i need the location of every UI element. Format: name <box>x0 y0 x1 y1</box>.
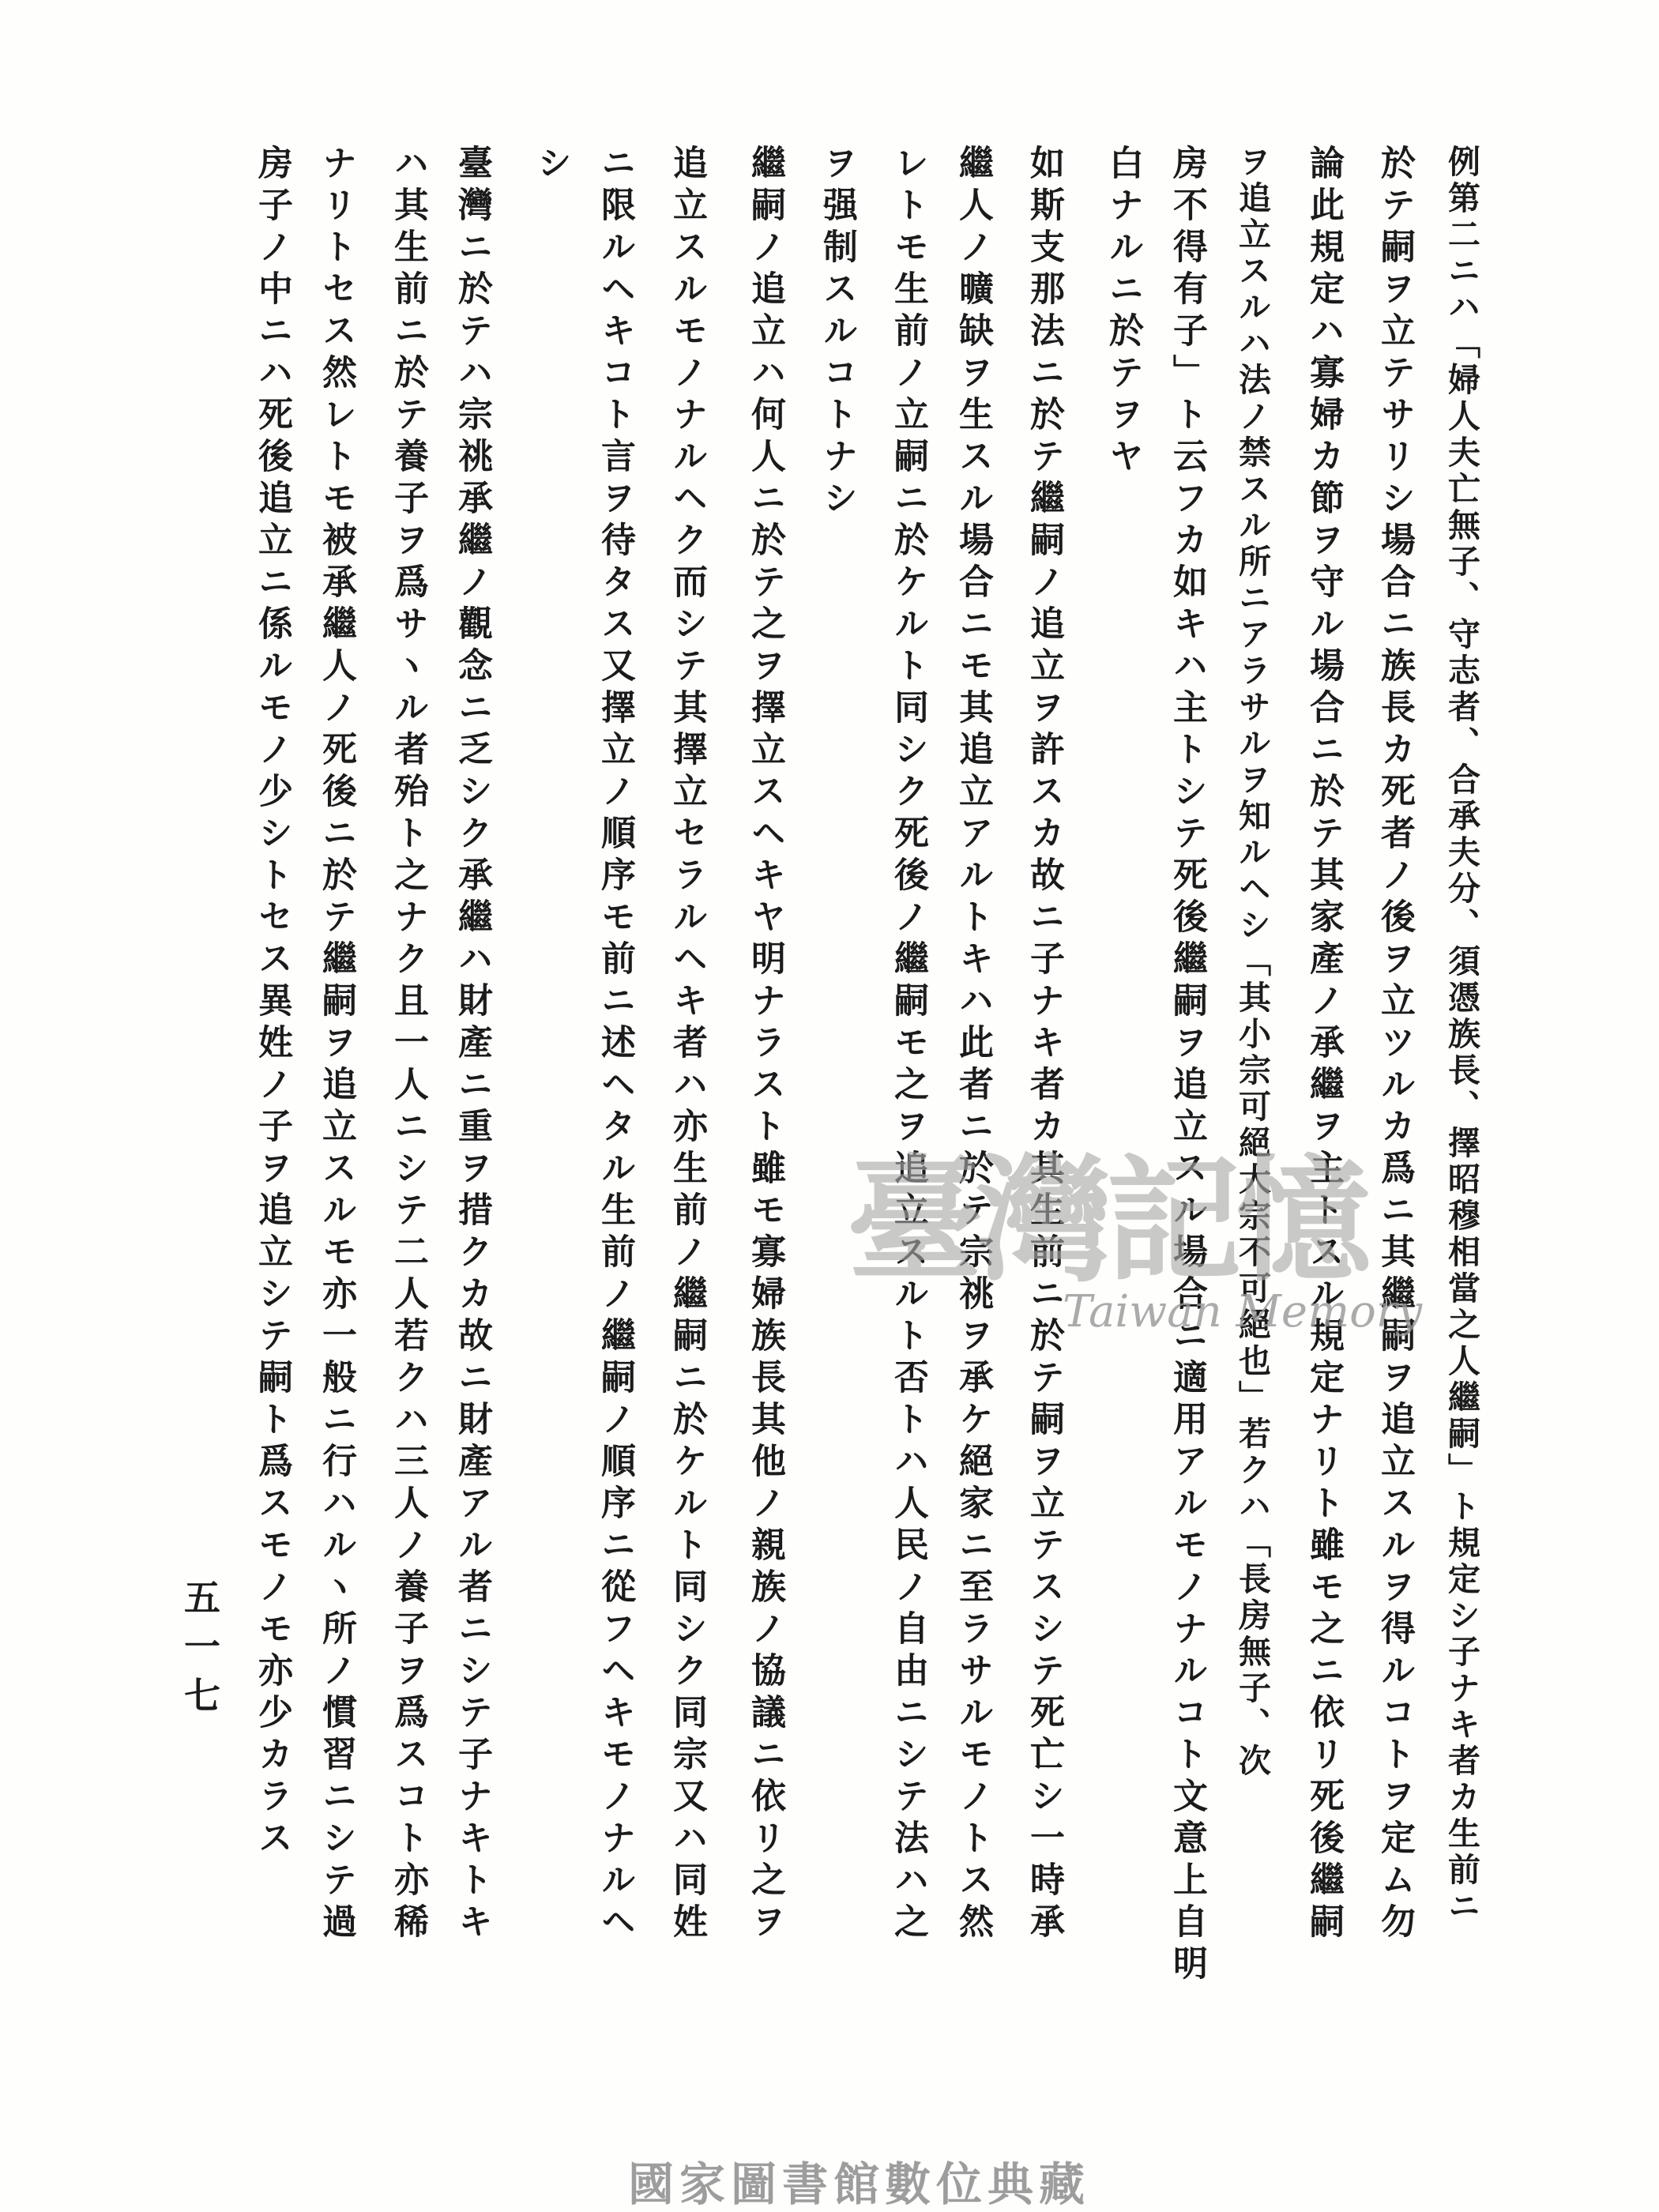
text-column: ナリトセス然レトモ被承繼人ノ死後ニ於テ繼嗣ヲ追立スルモ亦一般ニ行ハルヽ所ノ慣習ニ… <box>315 145 356 1945</box>
taiwan-memory-latin-watermark: Taiwan Memory <box>1063 1286 1422 1337</box>
national-library-watermark: 國家圖書館數位典藏 <box>628 2147 1090 2212</box>
scanned-book-page: 例第二ニハ「婦人夫亡無子、守志者、合承夫分、須憑族長、擇昭穆相當之人繼嗣」ト規定… <box>0 0 1659 2212</box>
text-column: シ <box>530 145 571 186</box>
text-column: 論此規定ハ寡婦カ節ヲ守ル場合ニ於テ其家產ノ承繼ヲ主トスル規定ナリト雖モ之ニ依リ死… <box>1303 145 1344 1945</box>
text-column: 房子ノ中ニハ死後追立ニ係ルモノ少シトセス異姓ノ子ヲ追立シテ嗣ト爲スモノモ亦少カラ… <box>251 145 292 1861</box>
text-column: 追立スルモノナルヘク而シテ其擇立セラルヘキ者ハ亦生前ノ繼嗣ニ於ケルト同シク同宗又… <box>666 145 707 1945</box>
text-column: ヲ强制スルコトナシ <box>816 145 857 521</box>
text-column: 如斯支那法ニ於テ繼嗣ノ追立ヲ許スカ故ニ子ナキ者カ其生前ニ於テ嗣ヲ立テスシテ死亡シ… <box>1023 145 1064 1945</box>
text-column: 白ナルニ於テヲヤ <box>1102 145 1143 480</box>
text-column: 房不得有子」ト云フカ如キハ主トシテ死後繼嗣ヲ追立スル場合ニ適用アルモノナルコト文… <box>1166 145 1207 1987</box>
text-column: ハ其生前ニ於テ養子ヲ爲サヽル者殆ト之ナク且一人ニシテ二人若クハ三人ノ養子ヲ爲スコ… <box>387 145 428 1945</box>
text-column: ヲ追立スルハ法ノ禁スル所ニアラサルヲ知ルヘシ「其小宗可絕大宗不可絕也」若クハ「長… <box>1232 145 1273 1780</box>
taiwan-memory-watermark: 臺灣記憶 <box>847 1112 1365 1307</box>
text-column: 例第二ニハ「婦人夫亡無子、守志者、合承夫分、須憑族長、擇昭穆相當之人繼嗣」ト規定… <box>1441 145 1482 1925</box>
text-column: レトモ生前ノ立嗣ニ於ケルト同シク死後ノ繼嗣モ之ヲ追立スルト否トハ人民ノ自由ニシテ… <box>887 145 928 1945</box>
text-column: 於テ嗣ヲ立テサリシ場合ニ族長カ死者ノ後ヲ立ツルカ爲ニ其繼嗣ヲ追立スルヲ得ルコトヲ… <box>1374 145 1415 1945</box>
page-number: 五一七 <box>174 1578 226 1725</box>
text-column: 繼嗣ノ追立ハ何人ニ於テ之ヲ擇立スヘキヤ明ナラスト雖モ寡婦族長其他ノ親族ノ協議ニ依… <box>744 145 785 1945</box>
text-column: ニ限ルヘキコト言ヲ待タス又擇立ノ順序モ前ニ述ヘタル生前ノ繼嗣ノ順序ニ從フヘキモノ… <box>594 145 635 1945</box>
text-column: 臺灣ニ於テハ宗祧承繼ノ觀念ニ乏シク承繼ハ財產ニ重ヲ措クカ故ニ財產アル者ニシテ子ナ… <box>451 145 492 1945</box>
text-column: 繼人ノ曠缺ヲ生スル場合ニモ其追立アルトキハ此者ニ於テ宗祧ヲ承ケ絕家ニ至ラサルモノ… <box>952 145 993 1945</box>
